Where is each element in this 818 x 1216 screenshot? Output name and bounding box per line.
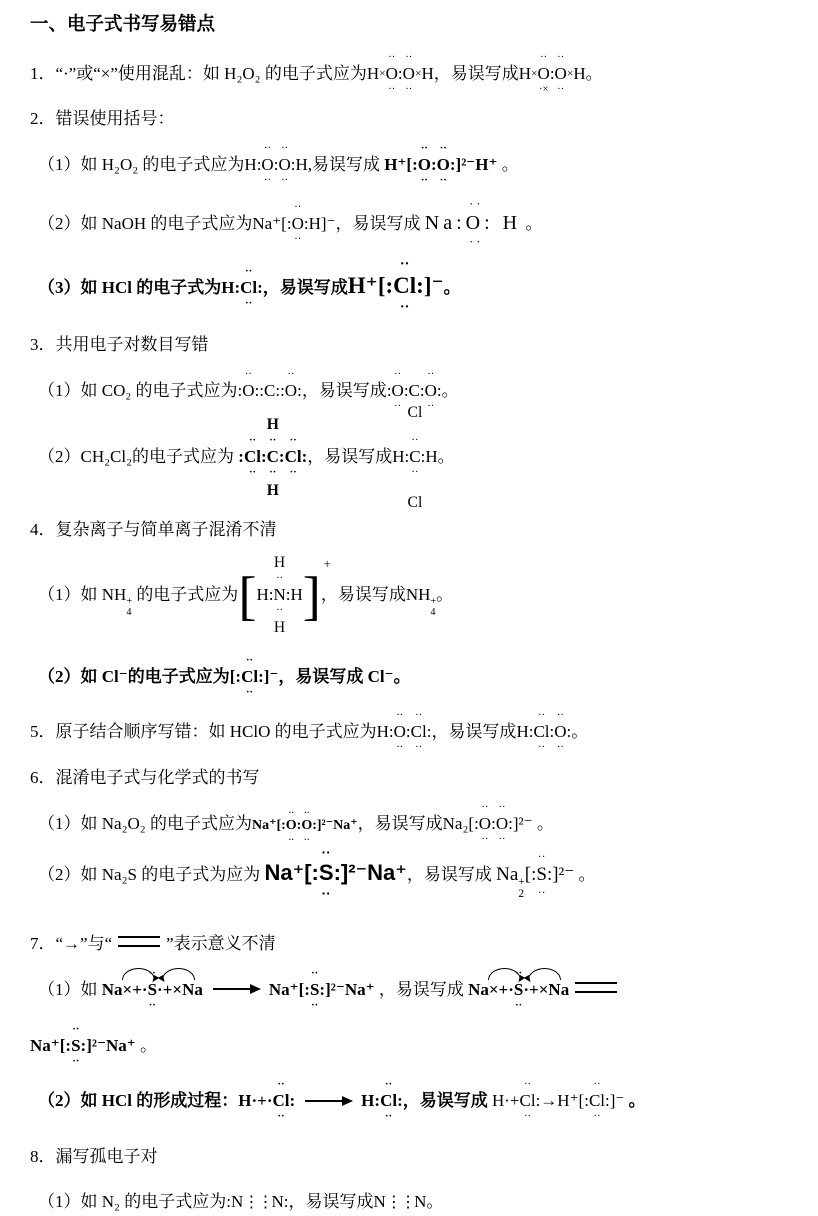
formula-token: Cl···· [285, 445, 302, 470]
token-text: H: [221, 278, 240, 297]
right-arrow-icon [213, 988, 259, 990]
dots-above: ·· [269, 436, 276, 447]
item-7-1: （1）如 Na×+·S·····+×NaNa⁺[:S····:]²⁻ Na⁺ ，… [30, 978, 794, 1003]
dots-below: ·· [411, 468, 418, 479]
dots-below: ·· [400, 300, 410, 314]
token-text: :]²⁻ [508, 814, 532, 833]
token-text: O [278, 155, 290, 174]
text-run: 6．混淆电子式与化学式的书写 [30, 768, 260, 787]
formula-token: : [312, 857, 319, 889]
token-text: H [573, 64, 585, 83]
formula-token: :]⁻ [416, 269, 443, 302]
formula-token: [: [525, 861, 537, 889]
token-text: :]⁻ [605, 1091, 624, 1110]
formula-token: :]²⁻H⁺ [450, 153, 498, 178]
formula-token: O···· [292, 212, 304, 237]
atom-above: H [274, 555, 285, 571]
dots-below: ·· [498, 835, 505, 846]
text-run: （2）CH₂Cl₂的电子式应为 [38, 447, 238, 466]
token-text: + [163, 980, 173, 999]
token-text: O [466, 212, 484, 234]
dots-above: ·· [405, 53, 412, 64]
formula-token: + [499, 978, 509, 1003]
dots-above: ·· [245, 370, 252, 381]
dots-below: ·· [277, 1112, 284, 1123]
token-text: × [489, 980, 499, 999]
dots-below: ·· [288, 835, 294, 844]
chem-formula: Na: O· ·· · : H [425, 209, 521, 238]
token-text: O [292, 214, 304, 233]
token-text: O [554, 722, 566, 741]
formula-token: Na⁺ [345, 978, 375, 1003]
token-text: Cl [285, 447, 302, 466]
dots-above: ·· [411, 436, 418, 447]
token-text: S [319, 860, 334, 885]
formula-token: Na⁺[: [252, 212, 291, 237]
formula-token: O···· [386, 62, 398, 87]
token-text: Cl [241, 667, 258, 686]
text-run: （1）如 CO₂ 的电子式应为 [38, 381, 238, 400]
item-8-1: （1）如 N₂ 的电子式应为:N⋮⋮N:，易误写成N⋮⋮N。 [30, 1190, 794, 1215]
formula-token: NH+4 [102, 583, 132, 619]
formula-token: O···· [425, 379, 437, 404]
token-text: Cl [393, 273, 416, 298]
token-text: O [286, 818, 297, 833]
item-6: 6．混淆电子式与化学式的书写 [30, 766, 794, 791]
dots-below: ·· [415, 743, 422, 754]
chem-formula: NH+4 [406, 583, 436, 619]
dots-below: ·· [538, 743, 545, 754]
chem-formula: :N⋮⋮N: [226, 1190, 288, 1215]
dots-above: ·· [246, 656, 253, 667]
formula-token: N [414, 1190, 426, 1215]
formula-token: O···· [555, 62, 567, 87]
dots-above: · · [469, 198, 480, 210]
token-text: H⁺[: [384, 155, 418, 174]
chem-formula: :O····:C:O····: [387, 379, 442, 404]
item-3: 3．共用电子对数目写错 [30, 333, 794, 358]
item-2-2: （2）如 NaOH 的电子式应为Na⁺[:O····:H]⁻，易误写成 Na: … [30, 209, 794, 238]
dots-below: ·· [593, 1112, 600, 1123]
token-text: O [538, 64, 550, 83]
dots-below: ·· [311, 1001, 318, 1012]
formula-token: Na⁺ [106, 1034, 136, 1059]
dots-above: ·· [481, 803, 488, 814]
formula-token: S···· [71, 1034, 80, 1059]
formula-token: O···· [437, 153, 450, 178]
token-text: :H]⁻ [304, 214, 336, 233]
text-run: （1）如 [38, 585, 102, 604]
chem-formula: H:Cl····: [221, 276, 263, 301]
dots-above: ·· [288, 808, 294, 817]
formula-token: + [257, 1089, 267, 1114]
formula-token: × [172, 978, 182, 1003]
dots-above: ·· [515, 969, 522, 980]
dots-below: ·· [249, 468, 256, 479]
formula-token: O·· [242, 379, 254, 404]
item-6-1: （1）如 Na₂O₂ 的电子式应为Na⁺[:O····:O····:]²⁻Na⁺… [30, 812, 794, 837]
token-text: N [414, 1192, 426, 1211]
token-text: :N [226, 1192, 243, 1211]
formula-token: O· ·· · [466, 209, 484, 238]
right-arrow-icon [305, 1100, 351, 1102]
chem-formula: H×O····:O····×H [367, 62, 434, 87]
item-4-1: （1）如 NH+4 的电子式应为[ H:N····HH:H ]+，易误写成NH+… [30, 583, 794, 619]
dots-above: ·· [538, 851, 546, 863]
text-run: ，易误写成 [302, 381, 387, 400]
chem-formula: :Cl····:C····HH:Cl····: [238, 445, 307, 470]
formula-token: O···· [278, 153, 290, 178]
text-run: （2）如 Cl⁻的电子式应为 [38, 667, 230, 686]
token-text: N [273, 585, 285, 604]
formula-token: S···· [310, 978, 319, 1003]
chem-formula: Na×+·S·····+×Na [468, 978, 623, 1003]
dots-below: ·· [246, 688, 253, 699]
text-run: 。 [442, 381, 459, 400]
text-run: （1）如 Na₂O₂ 的电子式应为 [38, 814, 252, 833]
dots-below: ·· [72, 1057, 79, 1068]
formula-token: ]²⁻ [341, 857, 367, 889]
token-text: Na⁺ [367, 860, 407, 885]
chem-formula: Na⁺ [:S····:]²⁻Na⁺ [264, 857, 406, 889]
token-text: H: [377, 722, 394, 741]
dots-above: ·· [427, 370, 434, 381]
formula-token: H· [238, 1089, 257, 1114]
token-text: H: [361, 1091, 380, 1110]
dots-above: ·· [388, 53, 395, 64]
formula-token: Cl···· [273, 1089, 290, 1114]
formula-token: Na [182, 978, 203, 1003]
formula-token: H [421, 62, 433, 87]
formula-token: :]²⁻Na⁺ [312, 816, 357, 836]
token-text: S [536, 864, 547, 885]
dots-below: ·· [394, 402, 401, 413]
formula-token: Cl···· [589, 1089, 605, 1114]
dots-above: ·· [440, 144, 447, 155]
formula-token: S···· [514, 978, 523, 1003]
dots-below: · · [469, 236, 480, 248]
dots-above: ·· [540, 53, 547, 64]
token-text: × [172, 980, 182, 999]
token-text: H·+ [492, 1091, 520, 1110]
formula-token: C····HH [267, 445, 279, 470]
text-run: 7．“→”与“ [30, 934, 112, 953]
formula-token: Cl···· [244, 445, 261, 470]
text-run: ，易误写成 [434, 64, 519, 83]
formula-token: : [290, 1089, 296, 1114]
token-text: + [499, 980, 509, 999]
token-text: [: [525, 864, 537, 885]
chem-formula: H:C····ClCl:H [392, 445, 437, 470]
dots-below: ·· [149, 1001, 156, 1012]
item-3-1: （1）如 CO₂ 的电子式应为:O··::C::O··:，易误写成:O····:… [30, 379, 794, 404]
chem-formula: H:O····:O····:H [244, 153, 307, 178]
formula-token: ⋮⋮ [243, 1190, 271, 1213]
formula-token: H·+ [492, 1089, 520, 1114]
formula-token: H [367, 62, 379, 87]
token-text: Na [102, 980, 123, 999]
formula-token: H: [377, 720, 394, 745]
dots-below: ·· [304, 835, 310, 844]
text-run: 。 [533, 814, 554, 833]
token-text: ] [303, 566, 321, 626]
formula-token: :]⁻ [605, 1089, 624, 1114]
dots-above: ·· [72, 1025, 79, 1036]
chem-formula: Na⁺[:O····:O····:]²⁻Na⁺ [252, 816, 358, 836]
item-5: 5．原子结合顺序写错：如 HClO 的电子式应为H:O····:Cl····:，… [30, 720, 794, 745]
formula-token: H: [392, 445, 409, 470]
dots-above: ·· [245, 267, 252, 278]
dots-below: ·· [427, 402, 434, 413]
chem-formula: H·+Cl····:→H⁺[:Cl····:]⁻ [492, 1089, 624, 1114]
dots-above: ·· [593, 1080, 600, 1091]
formula-token: :→H⁺[: [536, 1089, 589, 1114]
subscript: 4 [126, 608, 132, 619]
token-text: + [257, 1091, 267, 1110]
formula-token: NH+4 [406, 583, 436, 619]
dots-below: ·· [396, 743, 403, 754]
formula-token: × [539, 978, 549, 1003]
formula-token: H [573, 62, 585, 87]
formula-token: :]⁻ [258, 665, 278, 690]
token-text: :H [291, 155, 308, 174]
dots-below: ·· [245, 299, 252, 310]
token-text: O [242, 381, 254, 400]
token-text: Cl [244, 447, 261, 466]
dots-above: ·· [294, 203, 301, 214]
formula-token: : [427, 720, 432, 745]
formula-token: O···· [286, 816, 297, 836]
formula-token: O···· [496, 812, 508, 837]
token-text: ]²⁻ [341, 860, 367, 885]
formula-token: H: [256, 583, 273, 608]
formula-token: :]²⁻ [508, 812, 532, 837]
token-text: Na⁺[: [252, 214, 291, 233]
formula-token: O···· [403, 62, 415, 87]
dots-above: ·· [276, 574, 283, 585]
formula-token: :]²⁻ [319, 978, 344, 1003]
formula-token: Cl···· [520, 1089, 536, 1114]
formula-token: Na⁺[: [252, 816, 286, 836]
token-text: Na⁺ [106, 1036, 136, 1055]
text-run: 一、电子式书写易错点 [30, 15, 215, 35]
formula-token: H: [516, 720, 533, 745]
token-text: [ [238, 566, 256, 626]
token-text: : [257, 278, 263, 297]
atom-above: Cl [408, 405, 423, 421]
token-text: ⋮⋮ [386, 1192, 414, 1211]
formula-token: : H [484, 209, 521, 238]
formula-token: S···· [536, 861, 547, 889]
chem-formula: H⁺[:Cl····:]⁻ [348, 269, 444, 302]
formula-token: : [302, 445, 308, 470]
token-text: O [479, 814, 491, 833]
token-text: :]²⁻ [547, 864, 574, 885]
formula-token: Na₂[: [443, 812, 479, 837]
formula-token: × [123, 978, 133, 1003]
token-text: :→H⁺[: [536, 1091, 589, 1110]
text-run: 2．错误使用括号： [30, 109, 175, 128]
item-7-1-cont: Na⁺[:S····:]²⁻ Na⁺ 。 [30, 1034, 794, 1059]
sup-sub-stack: +4 [430, 597, 436, 618]
token-text: Na [548, 980, 569, 999]
formula-token: Na [102, 978, 123, 1003]
item-2-3: （3）如 HCl 的电子式为H:Cl····:，易误写成H⁺[:Cl····:]… [30, 269, 794, 302]
dots-below: ·· [388, 85, 395, 96]
dots-below: ·· [276, 606, 283, 617]
text-run: （2）如 HCl 的形成过程： [38, 1091, 238, 1110]
token-text: : [290, 1091, 296, 1110]
dots-below: ·· [538, 887, 546, 899]
formula-token: : [334, 857, 341, 889]
token-text: O [285, 381, 297, 400]
token-text: : [312, 860, 319, 885]
chem-formula: [ H:N····HH:H ]+ [238, 583, 321, 608]
dots-above: ·· [322, 846, 331, 860]
token-text: × [539, 980, 549, 999]
token-text: O [555, 64, 567, 83]
token-text: H [367, 64, 379, 83]
dots-above: ·· [396, 711, 403, 722]
token-text: C [409, 447, 420, 466]
formula-token: Na⁺ [367, 857, 407, 889]
token-text: [: [230, 667, 241, 686]
atom-below: H [274, 620, 285, 636]
dots-below: ·· [405, 85, 412, 96]
token-text: O [425, 381, 437, 400]
token-text: O [437, 155, 450, 174]
text-run: （1）如 [38, 980, 102, 999]
token-text: O [403, 64, 415, 83]
token-text: H⁺[: [348, 273, 393, 298]
item-7: 7．“→”与“”表示意义不清 [30, 932, 794, 957]
formula-token: H⁺[: [384, 153, 418, 178]
token-text: H: [392, 447, 409, 466]
token-text: [ [304, 860, 311, 885]
dots-below: ·· [557, 743, 564, 754]
formula-token: Na⁺ [264, 857, 304, 889]
token-text: S [514, 980, 523, 999]
dots-above: ·· [149, 969, 156, 980]
token-text: O [386, 64, 398, 83]
formula-token: O···· [301, 816, 312, 836]
text-run: ，易误写成 [289, 1192, 374, 1211]
token-text: O [392, 381, 404, 400]
token-text: O [301, 818, 312, 833]
formula-token: Cl···· [380, 1089, 397, 1114]
dots-below: ·· [294, 235, 301, 246]
text-run: 。 [438, 447, 455, 466]
token-text: + [132, 980, 142, 999]
text-run: 5．原子结合顺序写错：如 HClO 的电子式应为 [30, 722, 377, 741]
chem-formula: Na⁺[:S····:]²⁻ Na⁺ [30, 1034, 136, 1059]
dots-below: ·· [290, 468, 297, 479]
dots-above: ·· [287, 370, 294, 381]
token-text: Na [468, 980, 489, 999]
text-run: ，易误写成 Cl⁻。 [278, 667, 410, 686]
item-2-1: （1）如 H₂O₂ 的电子式应为H:O····:O····:H,易误写成 H⁺[… [30, 153, 794, 178]
formula-token: Cl···· [393, 269, 416, 302]
formula-token: Cl···· [240, 276, 257, 301]
token-text: Cl [240, 278, 257, 297]
formula-token: : [397, 1089, 403, 1114]
token-text: + [529, 980, 539, 999]
item-4: 4．复杂离子与简单离子混淆不清 [30, 518, 794, 543]
double-line-sign [118, 936, 160, 947]
text-run: ，易误写成 [307, 447, 392, 466]
chem-formula: NH+4 [102, 583, 132, 619]
text-run: 。 [586, 64, 603, 83]
token-text: : [397, 1091, 403, 1110]
formula-token: N: [272, 1190, 289, 1215]
text-run: ，易误写成 [263, 278, 348, 297]
text-run: 。 [624, 1091, 645, 1110]
chem-formula: :O··::C::O··: [238, 379, 302, 404]
token-text: H [421, 64, 433, 83]
formula-token: : [567, 720, 572, 745]
token-text: :H [421, 447, 438, 466]
token-text: :]⁻ [258, 667, 278, 686]
token-text: O [394, 722, 406, 741]
formula-token: H⁺[: [348, 269, 393, 302]
dots-above: ·· [311, 969, 318, 980]
dots-below: ·· [322, 887, 331, 901]
text-run: 。 [426, 1192, 443, 1211]
chem-formula: H⁺[:O····:O····:]²⁻H⁺ [384, 153, 497, 178]
item-6-2: （2）如 Na₂S 的电子式为应为 Na⁺ [:S····:]²⁻Na⁺，易误写… [30, 857, 794, 901]
text-run: ，易误写成 [375, 980, 469, 999]
token-text: : H [484, 212, 521, 234]
formula-token: [: [230, 665, 241, 690]
formula-token: O···· [392, 379, 404, 404]
dots-below: ·· [515, 1001, 522, 1012]
token-text: ⋮⋮ [243, 1192, 271, 1211]
dots-below: ·× [539, 85, 548, 96]
token-text: S [148, 980, 157, 999]
formula-token: Na⁺[: [30, 1034, 71, 1059]
token-text: N [374, 1192, 386, 1211]
token-text: : [567, 722, 572, 741]
formula-token: Cl···· [411, 720, 427, 745]
text-run: 。 [136, 1036, 157, 1055]
formula-token: ⋮⋮ [386, 1190, 414, 1213]
formula-token: Na [468, 978, 489, 1003]
text-run: ，易误写成 [358, 814, 443, 833]
text-run: 。 [436, 585, 453, 604]
text-run: 1．“·”或“×”使用混乱：如 H₂O₂ 的电子式应为 [30, 64, 367, 83]
dots-below: ·· [481, 835, 488, 846]
dots-below: ·· [440, 176, 447, 187]
token-text: :H [286, 585, 303, 604]
formula-token: :H]⁻ [304, 212, 336, 237]
text-run: ，易误写成 [403, 1091, 492, 1110]
token-text: C [267, 447, 279, 466]
dots-below: ·· [264, 176, 271, 187]
subscript: 2 [518, 889, 524, 901]
chem-formula: Na₂[:O····:O····:]²⁻ [443, 812, 533, 837]
dots-below: ·· [269, 468, 276, 479]
chem-formula: Na×+·S·····+×NaNa⁺[:S····:]²⁻ Na⁺ [102, 978, 375, 1003]
formula-token: :]²⁻ [81, 1034, 106, 1059]
formula-token: H [519, 62, 531, 87]
formula-token: O·· [285, 379, 297, 404]
token-text: :]²⁻ [319, 980, 344, 999]
token-text: N: [272, 1192, 289, 1211]
chem-formula: Na+2[:S····:]²⁻ [496, 861, 574, 901]
document-page: 一、电子式书写易错点1．“·”或“×”使用混乱：如 H₂O₂ 的电子式应为H×O… [0, 0, 818, 1216]
token-text: O [261, 155, 273, 174]
text-run: 。 [521, 214, 542, 233]
